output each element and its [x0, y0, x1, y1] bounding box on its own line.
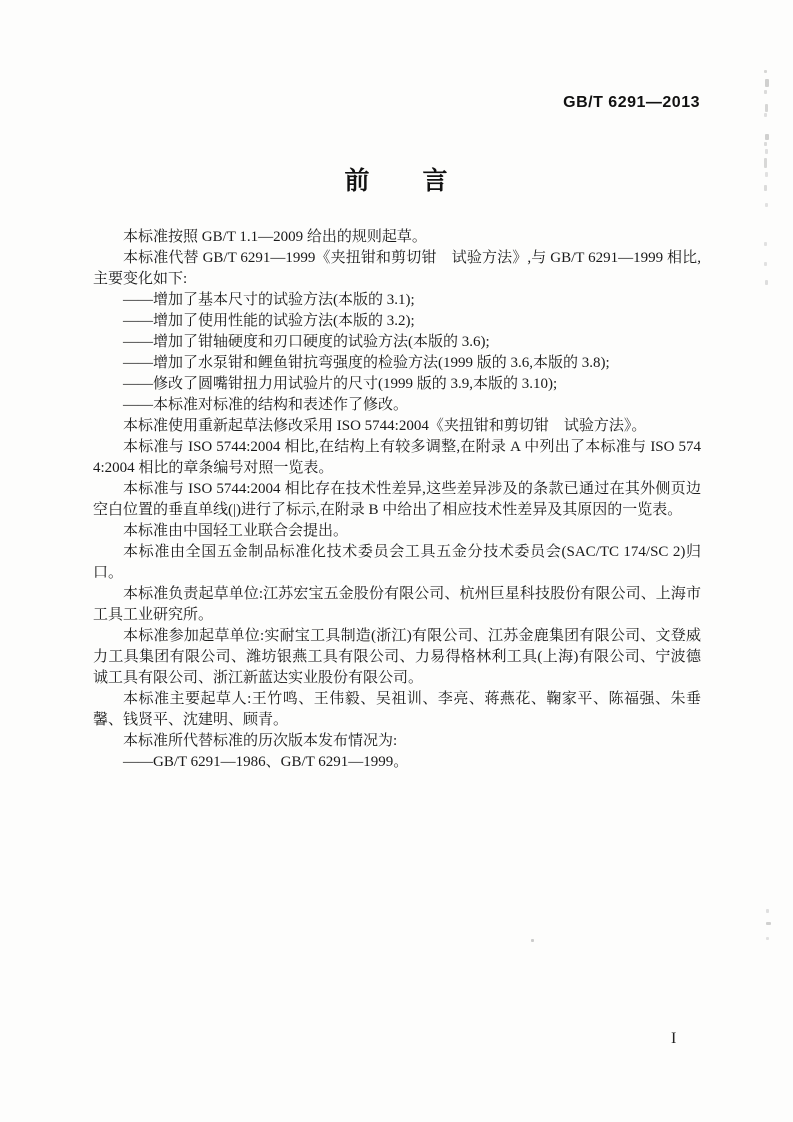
scan-artifact [765, 134, 769, 140]
scan-artifact [531, 939, 534, 942]
foreword-paragraph: 本标准代替 GB/T 6291—1999《夹扭钳和剪切钳 试验方法》,与 GB/… [93, 248, 701, 290]
scan-artifact [765, 203, 768, 207]
scan-artifact [766, 922, 771, 925]
standard-code-header: GB/T 6291—2013 [563, 94, 700, 112]
foreword-body: 本标准按照 GB/T 1.1—2009 给出的规则起草。本标准代替 GB/T 6… [93, 227, 701, 773]
scan-artifact [764, 242, 767, 246]
scan-artifact [766, 909, 769, 913]
foreword-paragraph: 本标准按照 GB/T 1.1—2009 给出的规则起草。 [93, 227, 701, 248]
scan-artifact [765, 280, 768, 285]
scan-artifact [764, 90, 767, 94]
document-page: GB/T 6291—2013 前 言 本标准按照 GB/T 1.1—2009 给… [0, 0, 793, 1122]
scan-artifact [764, 113, 767, 117]
foreword-paragraph: ——修改了圆嘴钳扭力用试验片的尺寸(1999 版的 3.9,本版的 3.10); [93, 374, 701, 395]
scan-artifact [765, 149, 768, 154]
foreword-paragraph: ——增加了钳轴硬度和刃口硬度的试验方法(本版的 3.6); [93, 332, 701, 353]
scan-artifact [765, 79, 769, 87]
page-title: 前 言 [0, 161, 793, 197]
foreword-paragraph: 本标准由全国五金制品标准化技术委员会工具五金分技术委员会(SAC/TC 174/… [93, 542, 701, 584]
foreword-paragraph: ——本标准对标准的结构和表述作了修改。 [93, 395, 701, 416]
scan-artifact [764, 262, 767, 266]
foreword-paragraph: ——增加了使用性能的试验方法(本版的 3.2); [93, 311, 701, 332]
foreword-paragraph: 本标准参加起草单位:实耐宝工具制造(浙江)有限公司、江苏金鹿集团有限公司、文登威… [93, 626, 701, 689]
foreword-paragraph: 本标准负责起草单位:江苏宏宝五金股份有限公司、杭州巨星科技股份有限公司、上海市工… [93, 584, 701, 626]
foreword-paragraph: 本标准所代替标准的历次版本发布情况为: [93, 731, 701, 752]
scan-artifact [764, 158, 767, 168]
scan-artifact [764, 142, 767, 146]
scan-artifact [765, 104, 768, 112]
foreword-paragraph: ——GB/T 6291—1986、GB/T 6291—1999。 [93, 752, 701, 773]
foreword-paragraph: 本标准由中国轻工业联合会提出。 [93, 521, 701, 542]
foreword-paragraph: ——增加了水泵钳和鲤鱼钳抗弯强度的检验方法(1999 版的 3.6,本版的 3.… [93, 353, 701, 374]
foreword-paragraph: 本标准主要起草人:王竹鸣、王伟毅、吴祖训、李亮、蒋燕花、鞠家平、陈福强、朱垂馨、… [93, 689, 701, 731]
page-number: I [671, 1030, 676, 1048]
scan-artifact [765, 172, 768, 177]
scan-artifact [766, 937, 769, 940]
foreword-paragraph: ——增加了基本尺寸的试验方法(本版的 3.1); [93, 290, 701, 311]
foreword-paragraph: 本标准使用重新起草法修改采用 ISO 5744:2004《夹扭钳和剪切钳 试验方… [93, 416, 701, 437]
foreword-paragraph: 本标准与 ISO 5744:2004 相比,在结构上有较多调整,在附录 A 中列… [93, 437, 701, 479]
scan-artifact [764, 70, 767, 73]
foreword-paragraph: 本标准与 ISO 5744:2004 相比存在技术性差异,这些差异涉及的条款已通… [93, 479, 701, 521]
scan-artifact [764, 185, 767, 191]
